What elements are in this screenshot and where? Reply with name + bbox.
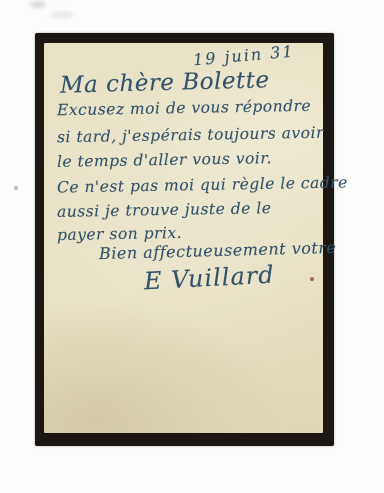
letter-paper: 19 juin 31 Ma chère Bolette Excusez moi … xyxy=(44,43,323,433)
letter-body-line: payer son prix. xyxy=(57,224,182,244)
letter-salutation: Ma chère Bolette xyxy=(60,67,270,98)
letter-body-line: Excusez moi de vous répondre xyxy=(57,97,311,119)
letter-photograph: 19 juin 31 Ma chère Bolette Excusez moi … xyxy=(0,0,384,493)
letter-body-line: le temps d'aller vous voir. xyxy=(57,149,272,171)
scan-smudge xyxy=(30,1,46,8)
letter-signature: E Vuillard xyxy=(143,261,275,296)
letter-body-line: Ce n'est pas moi qui règle le cadre xyxy=(57,173,348,196)
black-mount-frame: 19 juin 31 Ma chère Bolette Excusez moi … xyxy=(35,33,334,446)
scan-smudge xyxy=(50,11,74,18)
letter-body-line: si tard, j'espérais toujours avoir xyxy=(57,124,324,147)
scan-speck xyxy=(14,186,18,190)
letter-body-line: aussi je trouve juste de le xyxy=(57,199,272,221)
letter-date: 19 juin 31 xyxy=(193,42,296,70)
paper-speck xyxy=(310,277,314,281)
